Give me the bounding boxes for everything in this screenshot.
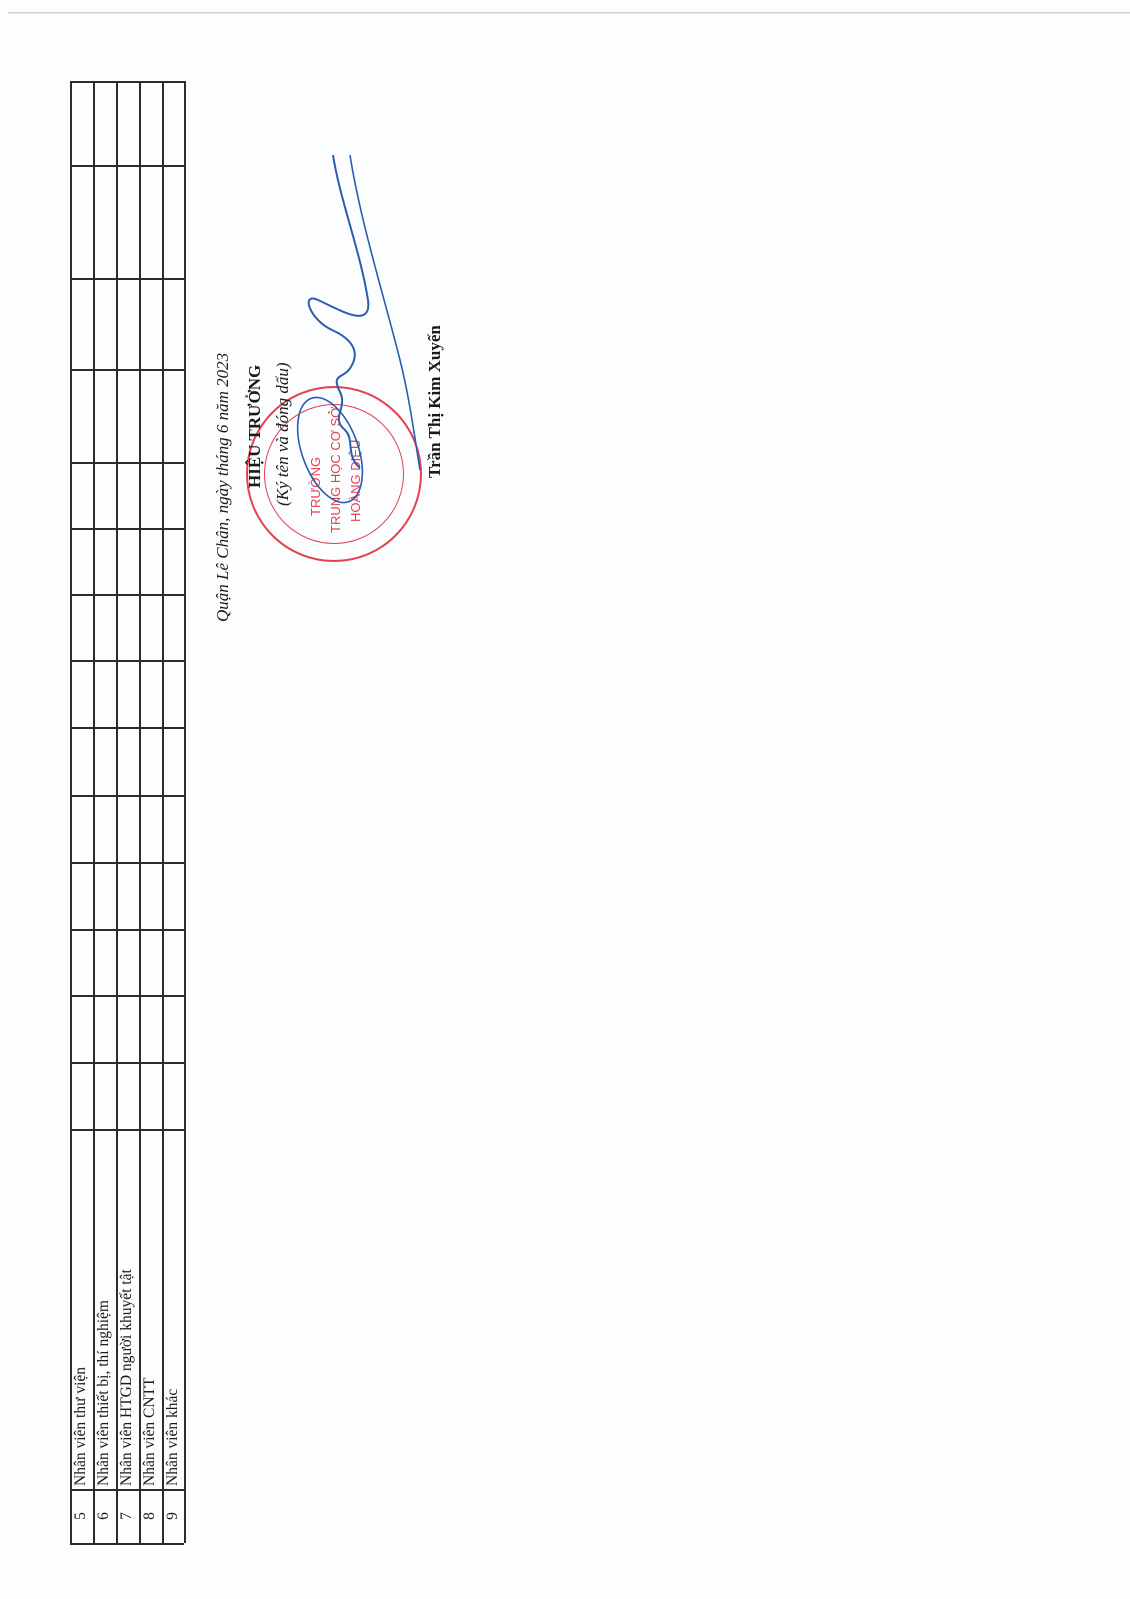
handwritten-signature	[0, 0, 1130, 700]
row-number: 8	[139, 1489, 161, 1543]
table-column-border	[70, 727, 184, 729]
signer-name: Trần Thị Kim Xuyến	[424, 325, 446, 478]
table-column-border	[70, 862, 184, 864]
table-column-border	[70, 1129, 184, 1131]
row-label: Nhân viên thư viện	[70, 1367, 92, 1486]
row-number: 7	[116, 1489, 138, 1543]
row-label: Nhân viên khác	[162, 1389, 184, 1486]
table-column-border	[70, 995, 184, 997]
table-column-border	[70, 1543, 184, 1545]
table-column-border	[70, 929, 184, 931]
row-label: Nhân viên HTGD người khuyết tật	[116, 1269, 138, 1486]
table-column-border	[70, 1062, 184, 1064]
row-label: Nhân viên CNTT	[139, 1378, 161, 1486]
row-number: 9	[162, 1489, 184, 1543]
row-number: 5	[70, 1489, 92, 1543]
table-column-border	[70, 795, 184, 797]
row-label: Nhân viên thiết bị, thí nghiệm	[93, 1300, 115, 1486]
row-number: 6	[93, 1489, 115, 1543]
